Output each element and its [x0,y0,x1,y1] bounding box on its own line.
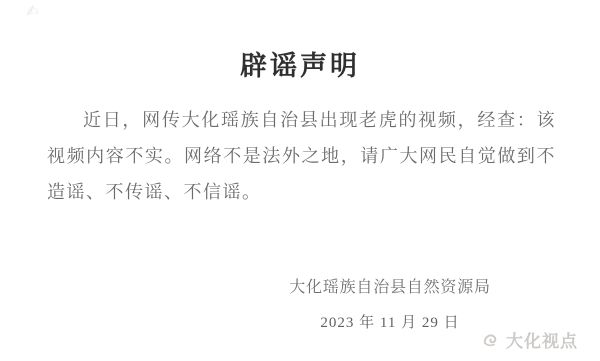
media-watermark: 大化视点 [482,327,578,352]
signature-block: 大化瑶族自治县自然资源局 2023 年 11 月 29 日 [180,274,600,332]
issuing-org-name: 大化瑶族自治县自然资源局 [180,274,600,297]
document-title: 辟谣声明 [0,44,600,83]
pen-scribble-mark-icon: ✍ [25,1,40,21]
statement-body-text: 近日，网传大化瑶族自治县出现老虎的视频，经查：该视频内容不实。网络不是法外之地，… [47,102,556,210]
swirl-logo-icon [482,330,502,350]
statement-document: ✍ 辟谣声明 近日，网传大化瑶族自治县出现老虎的视频，经查：该视频内容不实。网络… [0,0,600,361]
watermark-label: 大化视点 [506,327,578,352]
